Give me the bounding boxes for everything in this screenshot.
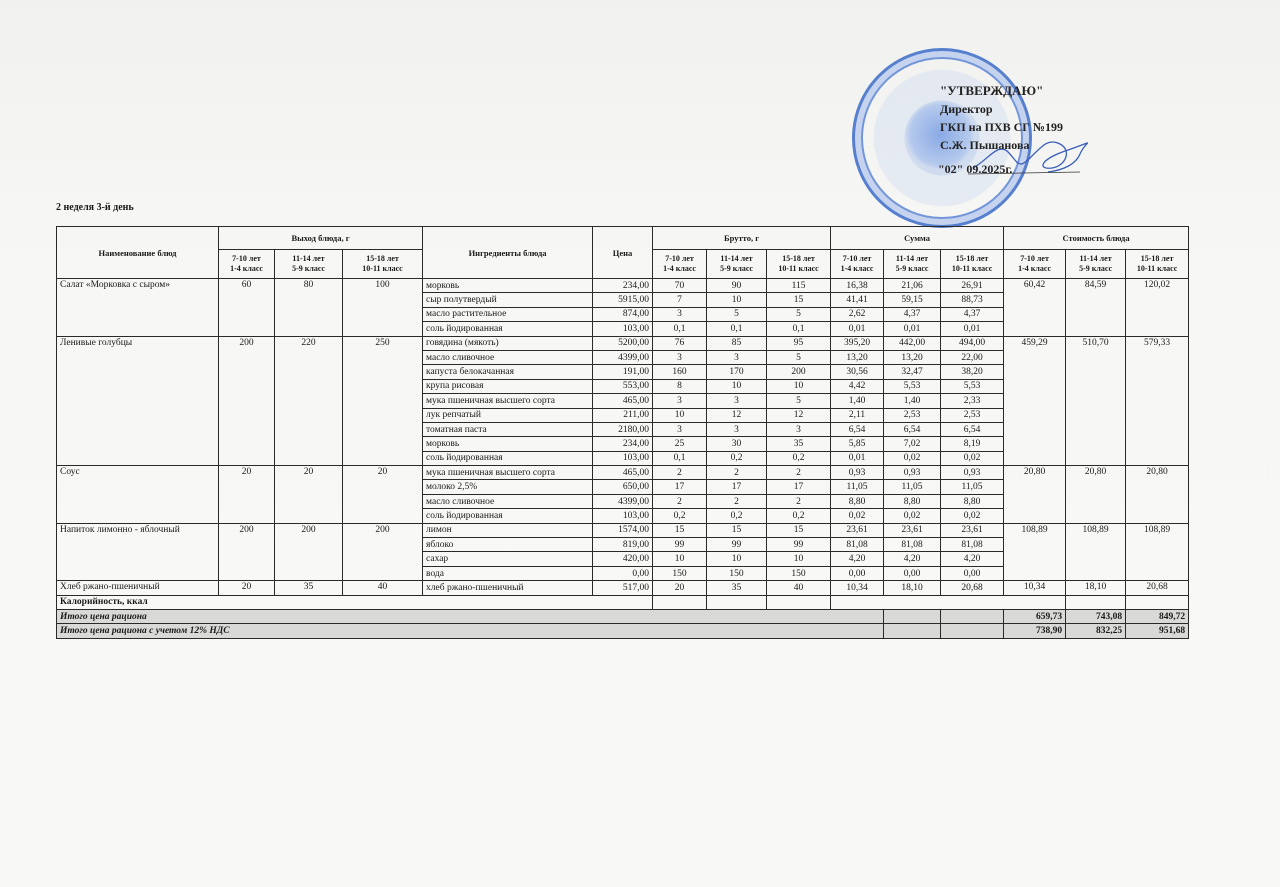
- ingredient-sum: 23,61: [884, 523, 941, 537]
- ingredient-name: сыр полутвердый: [423, 293, 593, 307]
- ingredient-name: хлеб ржано-пшеничный: [423, 581, 593, 595]
- calories-gross-cell: [767, 595, 831, 609]
- ingredient-price: 420,00: [593, 552, 653, 566]
- ingredient-gross: 2: [767, 494, 831, 508]
- dish-cost: 20,80: [1126, 466, 1189, 524]
- dish-cost: 60,42: [1004, 279, 1066, 337]
- ingredient-sum: 0,02: [884, 509, 941, 523]
- ingredient-gross: 0,1: [707, 322, 767, 336]
- approval-organization: ГКП на ПХВ СГ №199: [928, 118, 1128, 136]
- total-empty-cell: [884, 609, 941, 623]
- header-age-group: 15-18 лет10-11 класс: [1126, 250, 1189, 279]
- ingredient-gross: 2: [707, 466, 767, 480]
- ingredient-gross: 2: [707, 494, 767, 508]
- menu-table: Наименование блюдВыход блюда, гИнгредиен…: [56, 226, 1189, 639]
- dish-cost: 20,68: [1126, 581, 1189, 595]
- ingredient-gross: 25: [653, 437, 707, 451]
- header-age-group: 15-18 лет10-11 класс: [941, 250, 1004, 279]
- header-age-group: 15-18 лет10-11 класс: [343, 250, 423, 279]
- ingredient-gross: 15: [653, 523, 707, 537]
- ingredient-gross: 10: [707, 293, 767, 307]
- ingredient-sum: 16,38: [831, 279, 884, 293]
- total-row: Итого цена рациона с учетом 12% НДС738,9…: [57, 624, 1189, 638]
- ingredient-sum: 26,91: [941, 279, 1004, 293]
- ingredient-gross: 99: [767, 538, 831, 552]
- ingredient-gross: 30: [707, 437, 767, 451]
- dish-yield: 250: [343, 336, 423, 466]
- ingredient-sum: 30,56: [831, 365, 884, 379]
- ingredient-sum: 22,00: [941, 350, 1004, 364]
- calories-cost-cell: [1066, 595, 1126, 609]
- ingredient-sum: 8,80: [831, 494, 884, 508]
- ingredient-gross: 150: [707, 566, 767, 580]
- ingredient-sum: 0,00: [941, 566, 1004, 580]
- ingredient-gross: 17: [653, 480, 707, 494]
- header-age-group: 11-14 лет5-9 класс: [1066, 250, 1126, 279]
- ingredient-gross: 12: [767, 408, 831, 422]
- total-value: 832,25: [1066, 624, 1126, 638]
- ingredient-gross: 40: [767, 581, 831, 595]
- ingredient-sum: 11,05: [831, 480, 884, 494]
- ingredient-price: 103,00: [593, 451, 653, 465]
- ingredient-sum: 4,20: [831, 552, 884, 566]
- dish-cost: 84,59: [1066, 279, 1126, 337]
- ingredient-sum: 0,01: [884, 322, 941, 336]
- dish-name: Соус: [57, 466, 219, 524]
- dish-cost: 10,34: [1004, 581, 1066, 595]
- ingredient-gross: 12: [707, 408, 767, 422]
- ingredient-sum: 6,54: [884, 422, 941, 436]
- header-age-group: 7-10 лет1-4 класс: [1004, 250, 1066, 279]
- ingredient-sum: 0,93: [831, 466, 884, 480]
- ingredient-gross: 35: [767, 437, 831, 451]
- ingredient-sum: 2,11: [831, 408, 884, 422]
- calories-row: Калорийность, ккал: [57, 595, 1189, 609]
- ingredient-name: морковь: [423, 279, 593, 293]
- ingredient-gross: 3: [653, 422, 707, 436]
- approval-block: "УТВЕРЖДАЮ" Директор ГКП на ПХВ СГ №199 …: [928, 82, 1128, 178]
- ingredient-gross: 70: [653, 279, 707, 293]
- ingredient-sum: 11,05: [884, 480, 941, 494]
- ingredient-price: 4399,00: [593, 350, 653, 364]
- ingredient-name: соль йодированная: [423, 451, 593, 465]
- ingredient-sum: 0,02: [941, 451, 1004, 465]
- dish-yield: 100: [343, 279, 423, 337]
- ingredient-sum: 11,05: [941, 480, 1004, 494]
- ingredient-gross: 3: [653, 394, 707, 408]
- ingredient-gross: 2: [767, 466, 831, 480]
- table-row: Соус202020мука пшеничная высшего сорта46…: [57, 466, 1189, 480]
- ingredient-sum: 4,37: [884, 307, 941, 321]
- ingredient-sum: 41,41: [831, 293, 884, 307]
- ingredient-gross: 17: [767, 480, 831, 494]
- header-age-group: 15-18 лет10-11 класс: [767, 250, 831, 279]
- ingredient-price: 650,00: [593, 480, 653, 494]
- ingredient-sum: 18,10: [884, 581, 941, 595]
- dish-cost: 108,89: [1126, 523, 1189, 581]
- ingredient-gross: 0,2: [767, 509, 831, 523]
- dish-yield: 200: [275, 523, 343, 581]
- ingredient-sum: 4,20: [884, 552, 941, 566]
- ingredient-gross: 99: [653, 538, 707, 552]
- ingredient-sum: 2,53: [941, 408, 1004, 422]
- dish-cost: 18,10: [1066, 581, 1126, 595]
- ingredient-sum: 1,40: [831, 394, 884, 408]
- ingredient-name: соль йодированная: [423, 509, 593, 523]
- header-age-group: 11-14 лет5-9 класс: [884, 250, 941, 279]
- header-gross: Брутто, г: [653, 227, 831, 250]
- ingredient-sum: 0,93: [884, 466, 941, 480]
- ingredient-sum: 7,02: [884, 437, 941, 451]
- ingredient-gross: 0,2: [653, 509, 707, 523]
- ingredient-sum: 10,34: [831, 581, 884, 595]
- ingredient-name: говядина (мякоть): [423, 336, 593, 350]
- total-value: 951,68: [1126, 624, 1189, 638]
- ingredient-price: 5915,00: [593, 293, 653, 307]
- ingredient-gross: 0,2: [707, 451, 767, 465]
- total-value: 849,72: [1126, 609, 1189, 623]
- approval-name: С.Ж. Пышанова: [928, 136, 1128, 154]
- ingredient-gross: 3: [707, 350, 767, 364]
- dish-cost: 108,89: [1066, 523, 1126, 581]
- ingredient-name: масло сливочное: [423, 494, 593, 508]
- ingredient-gross: 35: [707, 581, 767, 595]
- ingredient-sum: 4,37: [941, 307, 1004, 321]
- ingredient-gross: 115: [767, 279, 831, 293]
- ingredient-gross: 170: [707, 365, 767, 379]
- ingredient-price: 0,00: [593, 566, 653, 580]
- ingredient-name: капуста белокачанная: [423, 365, 593, 379]
- ingredient-name: масло растительное: [423, 307, 593, 321]
- dish-yield: 220: [275, 336, 343, 466]
- total-value: 743,08: [1066, 609, 1126, 623]
- ingredient-sum: 0,01: [941, 322, 1004, 336]
- ingredient-price: 5200,00: [593, 336, 653, 350]
- dish-cost: 20,80: [1004, 466, 1066, 524]
- total-value: 738,90: [1004, 624, 1066, 638]
- dish-cost: 20,80: [1066, 466, 1126, 524]
- ingredient-sum: 1,40: [884, 394, 941, 408]
- ingredient-sum: 21,06: [884, 279, 941, 293]
- ingredient-gross: 8: [653, 379, 707, 393]
- ingredient-gross: 15: [707, 523, 767, 537]
- approval-date: "02" 09.2025г.: [928, 160, 1128, 178]
- approval-title: "УТВЕРЖДАЮ": [928, 82, 1128, 100]
- ingredient-name: яблоко: [423, 538, 593, 552]
- ingredient-price: 819,00: [593, 538, 653, 552]
- ingredient-name: вода: [423, 566, 593, 580]
- ingredient-gross: 90: [707, 279, 767, 293]
- total-empty-cell: [941, 609, 1004, 623]
- ingredient-sum: 59,15: [884, 293, 941, 307]
- ingredient-sum: 4,20: [941, 552, 1004, 566]
- ingredient-name: лимон: [423, 523, 593, 537]
- ingredient-gross: 95: [767, 336, 831, 350]
- ingredient-price: 4399,00: [593, 494, 653, 508]
- ingredient-gross: 3: [653, 350, 707, 364]
- ingredient-price: 1574,00: [593, 523, 653, 537]
- ingredient-sum: 0,00: [831, 566, 884, 580]
- ingredient-gross: 5: [767, 394, 831, 408]
- header-dish-name: Наименование блюд: [57, 227, 219, 279]
- dish-yield: 20: [219, 466, 275, 524]
- dish-cost: 459,29: [1004, 336, 1066, 466]
- calories-label: Калорийность, ккал: [57, 595, 653, 609]
- ingredient-price: 103,00: [593, 509, 653, 523]
- ingredient-sum: 0,02: [884, 451, 941, 465]
- ingredient-name: крупа рисовая: [423, 379, 593, 393]
- dish-yield: 200: [343, 523, 423, 581]
- ingredient-price: 465,00: [593, 394, 653, 408]
- dish-yield: 40: [343, 581, 423, 595]
- ingredient-gross: 160: [653, 365, 707, 379]
- ingredient-price: 234,00: [593, 279, 653, 293]
- ingredient-name: сахар: [423, 552, 593, 566]
- ingredient-gross: 0,1: [653, 451, 707, 465]
- ingredient-sum: 5,53: [884, 379, 941, 393]
- ingredient-gross: 99: [707, 538, 767, 552]
- total-label: Итого цена рациона: [57, 609, 884, 623]
- dish-yield: 80: [275, 279, 343, 337]
- ingredient-gross: 10: [707, 379, 767, 393]
- approval-position: Директор: [928, 100, 1128, 118]
- calories-cost-cell: [1126, 595, 1189, 609]
- header-age-group: 7-10 лет1-4 класс: [831, 250, 884, 279]
- table-row: Напиток лимонно - яблочный200200200лимон…: [57, 523, 1189, 537]
- ingredient-gross: 15: [767, 523, 831, 537]
- dish-yield: 20: [343, 466, 423, 524]
- ingredient-gross: 0,1: [653, 322, 707, 336]
- ingredient-sum: 0,02: [831, 509, 884, 523]
- ingredient-sum: 6,54: [831, 422, 884, 436]
- ingredient-sum: 0,01: [831, 451, 884, 465]
- calories-sum-cell: [831, 595, 1066, 609]
- ingredient-name: мука пшеничная высшего сорта: [423, 466, 593, 480]
- ingredient-name: морковь: [423, 437, 593, 451]
- ingredient-sum: 442,00: [884, 336, 941, 350]
- calories-gross-cell: [707, 595, 767, 609]
- table-row: Хлеб ржано-пшеничный203540хлеб ржано-пше…: [57, 581, 1189, 595]
- header-age-group: 7-10 лет1-4 класс: [219, 250, 275, 279]
- header-yield: Выход блюда, г: [219, 227, 423, 250]
- header-sum: Сумма: [831, 227, 1004, 250]
- dish-cost: 510,70: [1066, 336, 1126, 466]
- header-age-group: 7-10 лет1-4 класс: [653, 250, 707, 279]
- ingredient-gross: 150: [653, 566, 707, 580]
- total-row: Итого цена рациона659,73743,08849,72: [57, 609, 1189, 623]
- ingredient-price: 211,00: [593, 408, 653, 422]
- ingredient-sum: 32,47: [884, 365, 941, 379]
- ingredient-gross: 20: [653, 581, 707, 595]
- header-age-group: 11-14 лет5-9 класс: [707, 250, 767, 279]
- ingredient-sum: 494,00: [941, 336, 1004, 350]
- calories-gross-cell: [653, 595, 707, 609]
- ingredient-price: 234,00: [593, 437, 653, 451]
- ingredient-price: 465,00: [593, 466, 653, 480]
- ingredient-gross: 0,2: [707, 509, 767, 523]
- ingredient-gross: 0,1: [767, 322, 831, 336]
- dish-cost: 579,33: [1126, 336, 1189, 466]
- total-value: 659,73: [1004, 609, 1066, 623]
- ingredient-gross: 76: [653, 336, 707, 350]
- ingredient-gross: 85: [707, 336, 767, 350]
- ingredient-sum: 6,54: [941, 422, 1004, 436]
- ingredient-sum: 8,80: [884, 494, 941, 508]
- ingredient-gross: 150: [767, 566, 831, 580]
- ingredient-sum: 0,00: [884, 566, 941, 580]
- ingredient-sum: 2,62: [831, 307, 884, 321]
- ingredient-gross: 5: [707, 307, 767, 321]
- ingredient-gross: 3: [707, 394, 767, 408]
- ingredient-gross: 3: [767, 422, 831, 436]
- header-ingredients: Ингредиенты блюда: [423, 227, 593, 279]
- ingredient-sum: 5,85: [831, 437, 884, 451]
- ingredient-sum: 0,02: [941, 509, 1004, 523]
- table-row: Ленивые голубцы200220250говядина (мякоть…: [57, 336, 1189, 350]
- ingredient-gross: 7: [653, 293, 707, 307]
- ingredient-price: 2180,00: [593, 422, 653, 436]
- ingredient-sum: 4,42: [831, 379, 884, 393]
- ingredient-sum: 81,08: [941, 538, 1004, 552]
- ingredient-gross: 15: [767, 293, 831, 307]
- dish-yield: 200: [219, 336, 275, 466]
- ingredient-price: 103,00: [593, 322, 653, 336]
- menu-day-title: 2 неделя 3-й день: [56, 202, 134, 213]
- ingredient-sum: 0,93: [941, 466, 1004, 480]
- total-empty-cell: [884, 624, 941, 638]
- ingredient-gross: 17: [707, 480, 767, 494]
- ingredient-gross: 0,2: [767, 451, 831, 465]
- ingredient-sum: 8,80: [941, 494, 1004, 508]
- header-price: Цена: [593, 227, 653, 279]
- ingredient-gross: 2: [653, 494, 707, 508]
- ingredient-gross: 10: [653, 552, 707, 566]
- ingredient-gross: 3: [653, 307, 707, 321]
- ingredient-name: молоко 2,5%: [423, 480, 593, 494]
- ingredient-gross: 5: [767, 350, 831, 364]
- header-dish-cost: Стоимость блюда: [1004, 227, 1189, 250]
- dish-yield: 35: [275, 581, 343, 595]
- dish-name: Ленивые голубцы: [57, 336, 219, 466]
- ingredient-sum: 20,68: [941, 581, 1004, 595]
- ingredient-sum: 395,20: [831, 336, 884, 350]
- ingredient-name: лук репчатый: [423, 408, 593, 422]
- dish-yield: 20: [219, 581, 275, 595]
- dish-name: Салат «Морковка с сыром»: [57, 279, 219, 337]
- dish-cost: 108,89: [1004, 523, 1066, 581]
- dish-yield: 200: [219, 523, 275, 581]
- ingredient-sum: 23,61: [941, 523, 1004, 537]
- ingredient-name: масло сливочное: [423, 350, 593, 364]
- dish-yield: 20: [275, 466, 343, 524]
- header-age-group: 11-14 лет5-9 класс: [275, 250, 343, 279]
- table-row: Салат «Морковка с сыром»6080100морковь23…: [57, 279, 1189, 293]
- ingredient-gross: 10: [767, 552, 831, 566]
- ingredient-sum: 13,20: [831, 350, 884, 364]
- ingredient-sum: 5,53: [941, 379, 1004, 393]
- ingredient-gross: 200: [767, 365, 831, 379]
- ingredient-sum: 8,19: [941, 437, 1004, 451]
- ingredient-gross: 10: [767, 379, 831, 393]
- ingredient-sum: 0,01: [831, 322, 884, 336]
- ingredient-gross: 10: [707, 552, 767, 566]
- dish-name: Хлеб ржано-пшеничный: [57, 581, 219, 595]
- ingredient-price: 553,00: [593, 379, 653, 393]
- ingredient-sum: 88,73: [941, 293, 1004, 307]
- ingredient-price: 191,00: [593, 365, 653, 379]
- ingredient-sum: 2,53: [884, 408, 941, 422]
- ingredient-sum: 81,08: [831, 538, 884, 552]
- total-empty-cell: [941, 624, 1004, 638]
- ingredient-gross: 5: [767, 307, 831, 321]
- dish-yield: 60: [219, 279, 275, 337]
- dish-cost: 120,02: [1126, 279, 1189, 337]
- ingredient-price: 874,00: [593, 307, 653, 321]
- ingredient-sum: 38,20: [941, 365, 1004, 379]
- ingredient-sum: 13,20: [884, 350, 941, 364]
- ingredient-sum: 81,08: [884, 538, 941, 552]
- total-label: Итого цена рациона с учетом 12% НДС: [57, 624, 884, 638]
- ingredient-gross: 10: [653, 408, 707, 422]
- ingredient-price: 517,00: [593, 581, 653, 595]
- dish-name: Напиток лимонно - яблочный: [57, 523, 219, 581]
- ingredient-name: томатная паста: [423, 422, 593, 436]
- ingredient-name: мука пшеничная высшего сорта: [423, 394, 593, 408]
- ingredient-gross: 2: [653, 466, 707, 480]
- ingredient-gross: 3: [707, 422, 767, 436]
- ingredient-sum: 23,61: [831, 523, 884, 537]
- ingredient-sum: 2,33: [941, 394, 1004, 408]
- ingredient-name: соль йодированная: [423, 322, 593, 336]
